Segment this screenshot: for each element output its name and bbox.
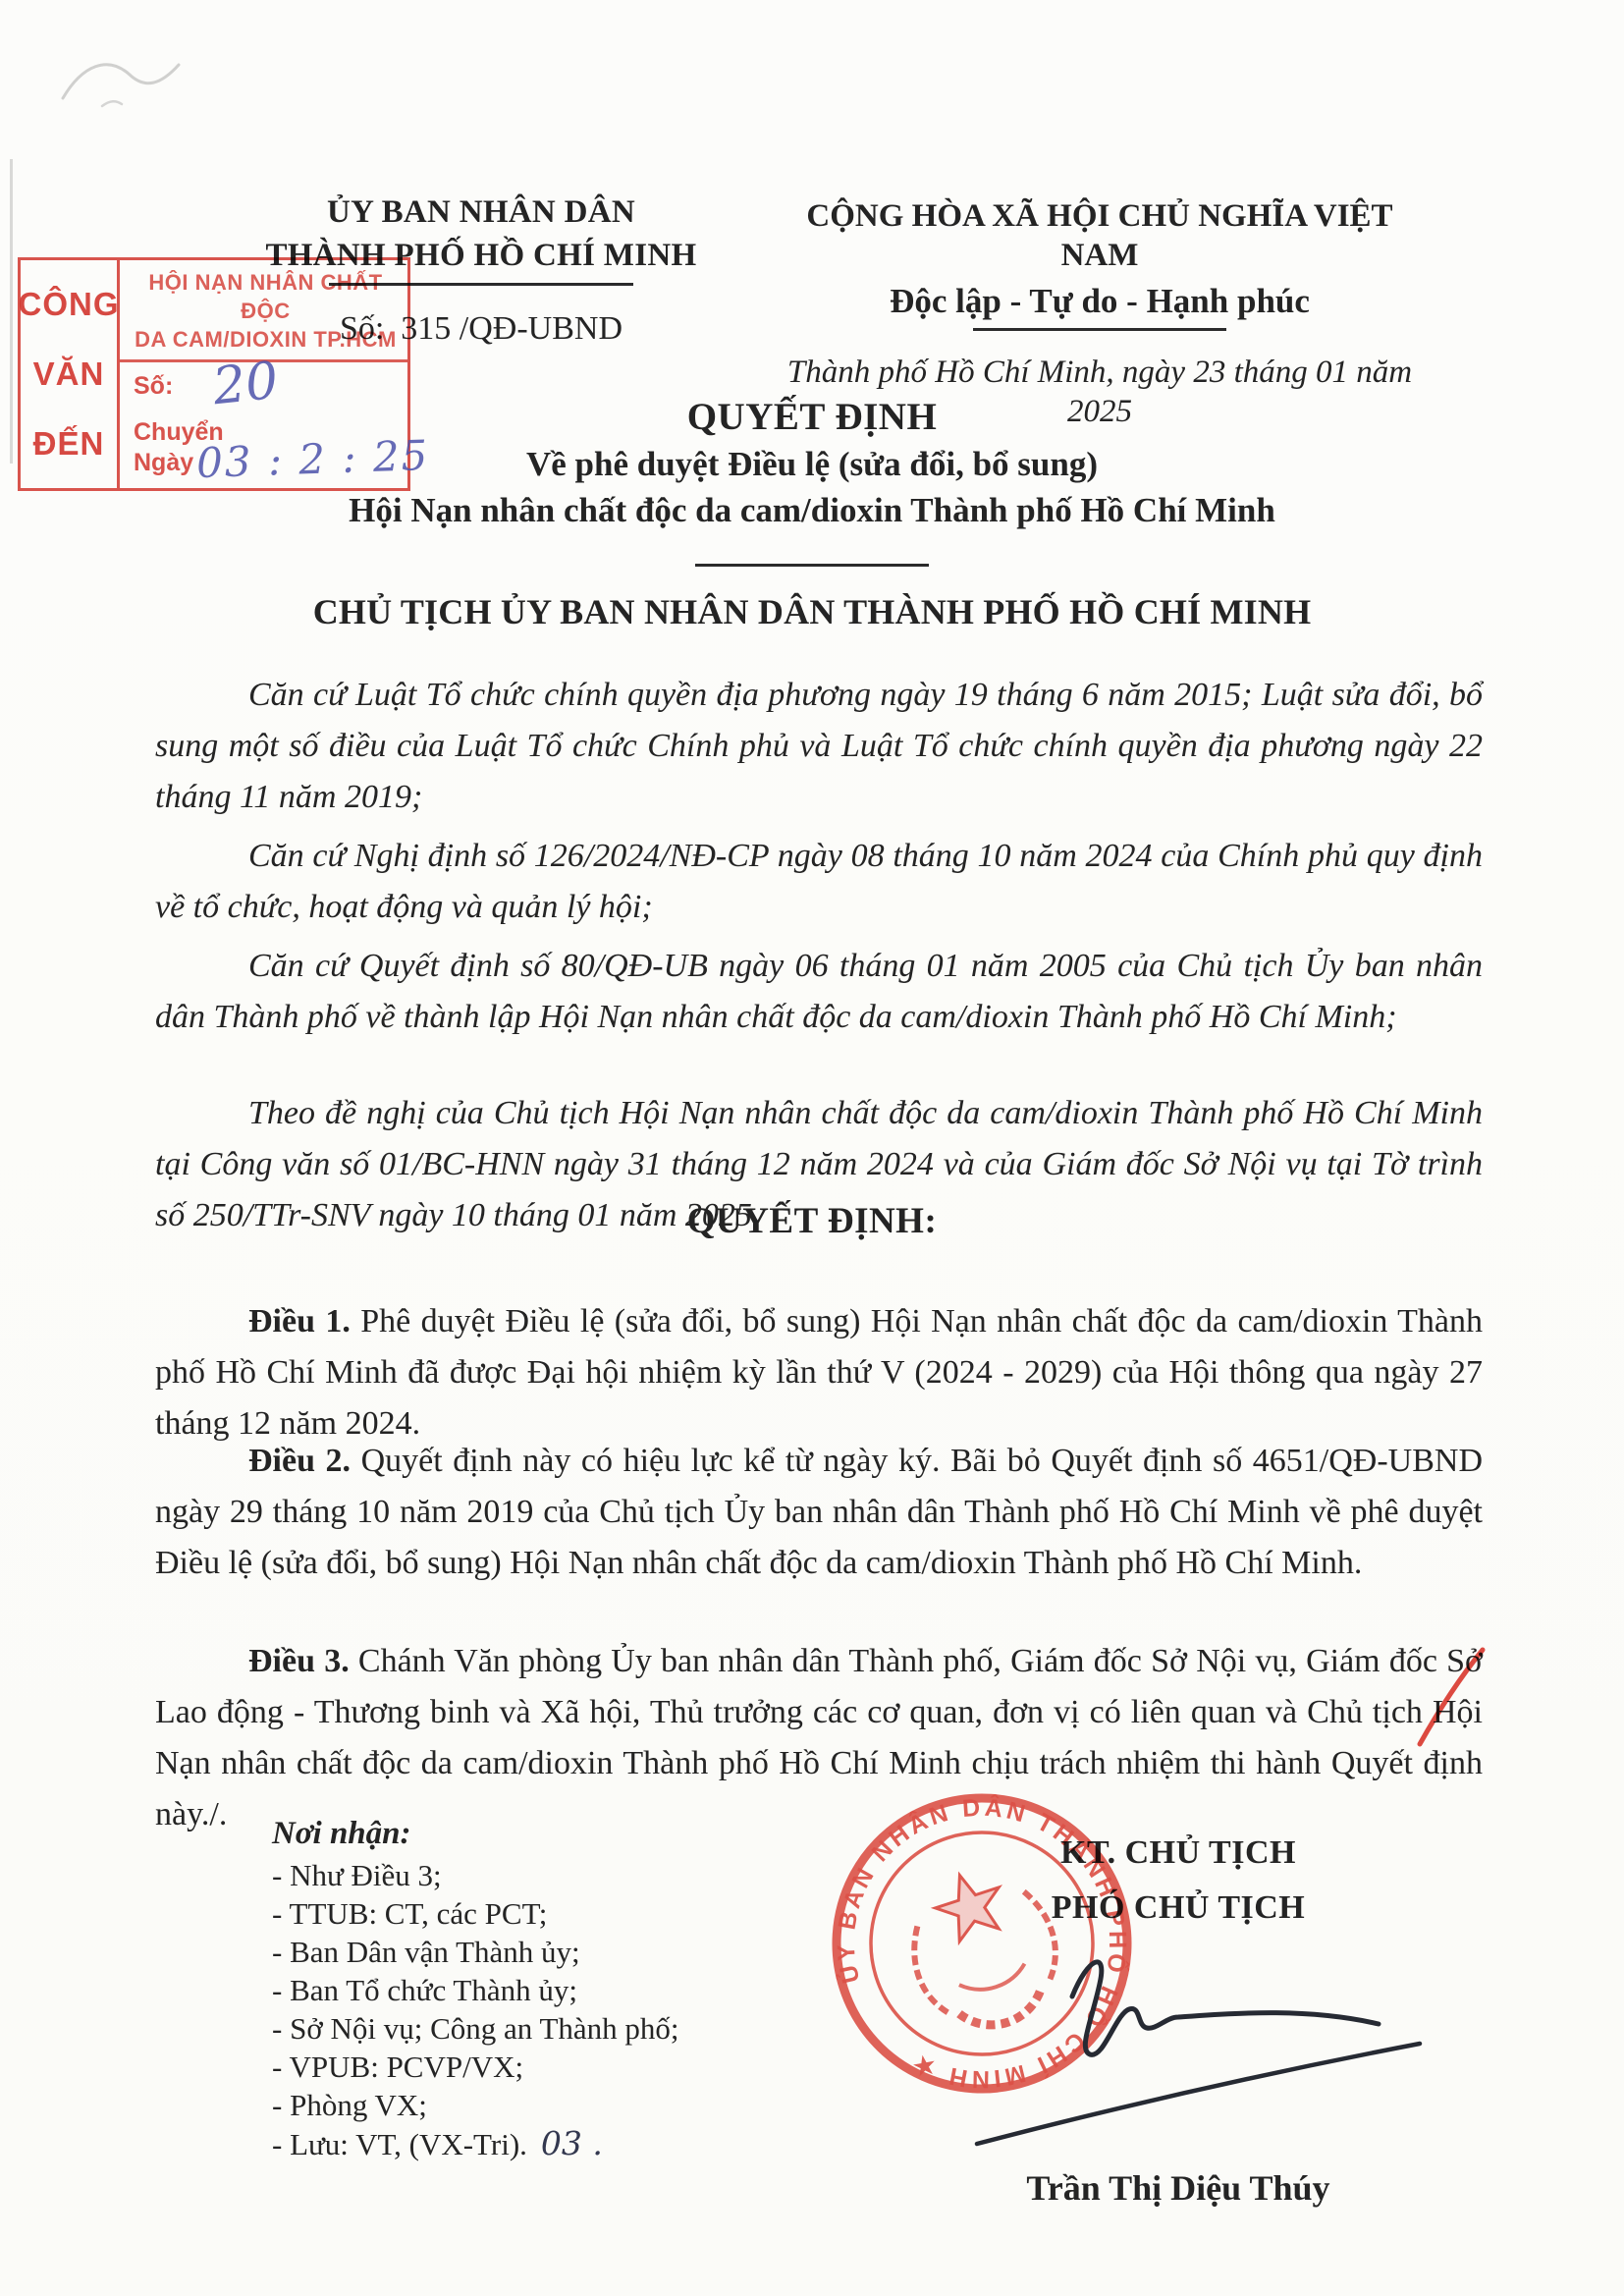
recipients-list: - Như Điều 3; - TTUB: CT, các PCT; - Ban… xyxy=(272,1856,881,2163)
stamp-word-van: VĂN xyxy=(33,355,105,393)
document-type-title: QUYẾT ĐỊNH xyxy=(0,395,1624,440)
title-divider xyxy=(695,564,929,567)
recital-paragraph: Căn cứ Luật Tổ chức chính quyền địa phươ… xyxy=(155,670,1483,823)
article-label: Điều 3. xyxy=(248,1643,350,1679)
issuing-authority-line: CHỦ TỊCH ỦY BAN NHÂN DÂN THÀNH PHỐ HỒ CH… xyxy=(0,590,1624,633)
recipient-item: - Lưu: VT, (VX-Tri).03 . xyxy=(272,2124,881,2163)
document-title-block: QUYẾT ĐỊNH Về phê duyệt Điều lệ (sửa đổi… xyxy=(0,395,1624,633)
scanned-decision-document: ỦY BAN NHÂN DÂN THÀNH PHỐ HỒ CHÍ MINH Số… xyxy=(0,0,1624,2296)
national-emblem-star xyxy=(928,1865,1010,1945)
recipient-item: - Ban Tổ chức Thành ủy; xyxy=(272,1971,881,2009)
recital-paragraph: Căn cứ Quyết định số 80/QĐ-UB ngày 06 th… xyxy=(155,941,1483,1043)
stamp-word-cong: CÔNG xyxy=(19,286,120,323)
recipient-item: - VPUB: PCVP/VX; xyxy=(272,2048,881,2086)
signature-ink xyxy=(923,1940,1434,2165)
article-text: Chánh Văn phòng Ủy ban nhân dân Thành ph… xyxy=(155,1643,1483,1832)
signature-flourish xyxy=(1072,1962,1379,2055)
recipients-label: Nơi nhận: xyxy=(272,1813,881,1854)
recipient-item: - Sở Nội vụ; Công an Thành phố; xyxy=(272,2009,881,2048)
article-label: Điều 1. xyxy=(248,1303,351,1339)
recipient-item-text: - Lưu: VT, (VX-Tri). xyxy=(272,2127,527,2161)
recipients-block: Nơi nhận: - Như Điều 3; - TTUB: CT, các … xyxy=(272,1813,881,2163)
signer-name: Trần Thị Diệu Thúy xyxy=(923,2166,1434,2210)
pencil-scribble xyxy=(51,37,198,121)
recipient-item: - Phòng VX; xyxy=(272,2086,881,2124)
decision-heading: QUYẾT ĐỊNH: xyxy=(0,1196,1624,1247)
signature-underline-stroke xyxy=(977,2044,1420,2144)
handwritten-registry-number: 03 . xyxy=(541,2124,603,2162)
national-title-line: CỘNG HÒA XÃ HỘI CHỦ NGHĨA VIỆT NAM xyxy=(766,196,1434,275)
red-tick-mark xyxy=(1404,1642,1492,1755)
article-paragraph: Điều 1. Phê duyệt Điều lệ (sửa đổi, bổ s… xyxy=(155,1296,1483,1449)
document-subject-line1: Về phê duyệt Điều lệ (sửa đổi, bổ sung) xyxy=(0,442,1624,487)
org-name-line1: ỦY BAN NHÂN DÂN xyxy=(216,192,746,232)
recipient-item: - TTUB: CT, các PCT; xyxy=(272,1894,881,1933)
document-subject-line2: Hội Nạn nhân chất độc da cam/dioxin Thàn… xyxy=(0,487,1624,534)
recital-paragraph: Căn cứ Nghị định số 126/2024/NĐ-CP ngày … xyxy=(155,831,1483,933)
article-label: Điều 2. xyxy=(248,1443,351,1479)
article-paragraph: Điều 3. Chánh Văn phòng Ủy ban nhân dân … xyxy=(155,1636,1483,1840)
receiving-org-stamp: HỘI NẠN NHÂN CHẤT ĐỘC DA CAM/DIOXIN TP.H… xyxy=(120,260,407,362)
recipient-item: - Ban Dân vận Thành ủy; xyxy=(272,1933,881,1971)
receiving-org-line1: HỘI NẠN NHÂN CHẤT ĐỘC xyxy=(130,268,402,325)
motto-divider xyxy=(973,328,1226,331)
receiving-org-line2: DA CAM/DIOXIN TP.HCM xyxy=(130,325,402,354)
article-text: Phê duyệt Điều lệ (sửa đổi, bổ sung) Hội… xyxy=(155,1303,1483,1442)
national-motto-line: Độc lập - Tự do - Hạnh phúc xyxy=(766,281,1434,322)
recipient-item: - Như Điều 3; xyxy=(272,1856,881,1894)
article-paragraph: Điều 2. Quyết định này có hiệu lực kể từ… xyxy=(155,1436,1483,1589)
article-text: Quyết định này có hiệu lực kể từ ngày ký… xyxy=(155,1443,1483,1581)
